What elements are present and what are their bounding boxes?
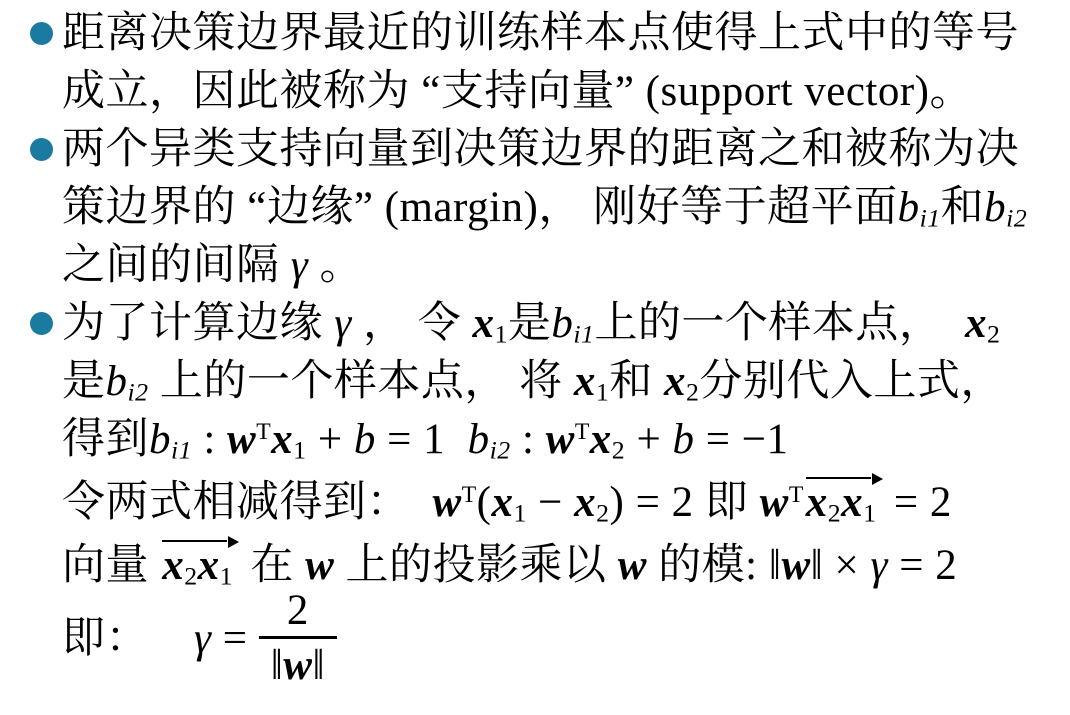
text-segment: 两个异类支持向量到决策边界的距离之和被称为决 — [62, 126, 1019, 173]
bullet-item: 为了计算边缘 γ ， 令 x1是bi1上的一个样本点， x2是bi2 上的一个样… — [0, 295, 1070, 690]
text-segment: 是 — [508, 300, 552, 347]
subscript: i2 — [1006, 204, 1027, 233]
math-variable: γ — [334, 300, 351, 347]
bullet-item: 两个异类支持向量到决策边界的距离之和被称为决策边界的 “边缘” (margin)… — [0, 121, 1070, 295]
math-bold-variable: w — [433, 479, 462, 526]
text-segment: 上的投影乘以 — [334, 542, 618, 589]
bullet-text: 距离决策边界最近的训练样本点使得上式中的等号成立，因此被称为 “支持向量” (s… — [62, 5, 1070, 121]
text-segment: 上的一个样本点， — [594, 300, 965, 347]
math-bold-variable: x — [491, 479, 513, 526]
subscript: 1 — [220, 562, 233, 591]
slide: 距离决策边界最近的训练样本点使得上式中的等号成立，因此被称为 “支持向量” (s… — [0, 0, 1070, 690]
text-line: 成立，因此被称为 “支持向量” (support vector)。 — [62, 63, 1070, 121]
subscript: 1 — [494, 320, 507, 349]
text-line: 为了计算边缘 γ ， 令 x1是bi1上的一个样本点， x2 — [62, 295, 1070, 353]
vector-overarrow: x2x1 — [804, 469, 883, 524]
text-segment: ‖ × — [811, 542, 871, 589]
math-variable: γ — [870, 542, 887, 589]
subscript: 2 — [612, 436, 625, 465]
math-bold-variable: x — [574, 479, 596, 526]
math-variable: b — [149, 416, 171, 463]
text-segment: = 2 — [888, 542, 957, 589]
bullet-icon — [30, 312, 53, 335]
superscript: T — [256, 419, 271, 445]
text-line: 之间的间隔 γ 。 — [62, 237, 1070, 295]
math-variable: b — [468, 416, 490, 463]
fraction-numerator: 2 — [259, 587, 337, 636]
math-variable: b — [354, 416, 376, 463]
text-segment: 距离决策边界最近的训练样本点使得上式中的等号 — [62, 10, 1019, 57]
text-segment: ) = 2 即 — [610, 479, 760, 526]
text-segment: 上的一个样本点， 将 — [149, 358, 574, 405]
math-bold-variable: w — [760, 479, 789, 526]
math-bold-variable: w — [305, 542, 334, 589]
bullet-item: 距离决策边界最近的训练样本点使得上式中的等号成立，因此被称为 “支持向量” (s… — [0, 5, 1070, 121]
text-segment: 为了计算边缘 — [62, 300, 334, 347]
text-segment: 成立，因此被称为 “支持向量” (support vector)。 — [62, 68, 973, 115]
math-bold-variable: w — [546, 416, 575, 463]
text-segment: 是 — [62, 358, 106, 405]
text-segment: 向量 — [62, 542, 160, 589]
text-line: 令两式相减得到： wT(x1 − x2) = 2 即 wTx2x1 = 2 — [62, 469, 1070, 532]
subscript: 1 — [863, 499, 876, 528]
text-segment: = 1 — [376, 416, 468, 463]
text-segment: 和 — [609, 358, 664, 405]
subscript: 1 — [513, 499, 526, 528]
math-bold-variable: w — [618, 542, 647, 589]
math-variable: b — [106, 358, 128, 405]
text-segment: ‖ — [271, 642, 284, 689]
text-segment: = 2 — [883, 479, 952, 526]
text-segment: 和 — [941, 184, 985, 231]
math-bold-variable: x — [271, 416, 293, 463]
math-bold-variable: x — [664, 358, 686, 405]
text-segment: 在 — [239, 542, 305, 589]
bullet-icon — [30, 138, 53, 161]
math-variable: γ — [194, 615, 211, 662]
math-bold-variable: x — [590, 416, 612, 463]
math-bold-variable: x — [472, 300, 494, 347]
text-segment: ， 令 — [352, 300, 473, 347]
subscript: i1 — [573, 320, 594, 349]
subscript: 2 — [184, 562, 197, 591]
text-line: 是bi2 上的一个样本点， 将 x1和 x2分别代入上式， — [62, 353, 1070, 411]
math-bold-variable: x — [198, 542, 220, 589]
fraction-denominator: ‖w‖ — [259, 636, 337, 689]
text-line: 距离决策边界最近的训练样本点使得上式中的等号 — [62, 5, 1070, 63]
text-segment: 策边界的 “边缘” (margin)， 刚好等于超平面 — [62, 184, 898, 231]
text-segment: : — [511, 416, 546, 463]
subscript: 2 — [686, 378, 699, 407]
text-segment: = −1 — [694, 416, 788, 463]
text-line: 得到bi1 : wTx1 + b = 1 bi2 : wTx2 + b = −1 — [62, 411, 1070, 469]
text-segment: 即： — [62, 615, 194, 662]
math-bold-variable: x — [965, 300, 987, 347]
text-segment: 的模: ‖ — [647, 542, 782, 589]
math-bold-variable: w — [283, 642, 312, 689]
bullet-text: 两个异类支持向量到决策边界的距离之和被称为决策边界的 “边缘” (margin)… — [62, 121, 1070, 295]
text-segment: 令两式相减得到： — [62, 479, 433, 526]
subscript: i2 — [490, 436, 511, 465]
fraction: 2‖w‖ — [259, 587, 337, 690]
bullet-icon — [30, 22, 53, 45]
text-segment: ‖ — [312, 642, 325, 689]
text-segment: : — [192, 416, 227, 463]
text-segment: − — [527, 479, 574, 526]
text-segment: 2 — [287, 587, 309, 634]
text-line: 即： γ = 2‖w‖ — [62, 595, 1070, 690]
math-bold-variable: x — [806, 479, 828, 526]
superscript: T — [575, 419, 590, 445]
subscript: 1 — [293, 436, 306, 465]
math-variable: b — [984, 184, 1006, 231]
subscript: i1 — [920, 204, 941, 233]
text-segment: 。 — [308, 242, 363, 289]
math-bold-variable: x — [574, 358, 596, 405]
text-line: 策边界的 “边缘” (margin)， 刚好等于超平面bi1和bi2 — [62, 179, 1070, 237]
math-variable: b — [898, 184, 920, 231]
subscript: 2 — [596, 499, 609, 528]
math-bold-variable: x — [841, 479, 863, 526]
vector-overarrow: x2x1 — [160, 532, 239, 587]
text-segment: 分别代入上式， — [699, 358, 1004, 405]
math-variable: b — [551, 300, 573, 347]
text-line: 向量 x2x1 在 w 上的投影乘以 w 的模: ‖w‖ × γ = 2 — [62, 532, 1070, 595]
math-bold-variable: x — [162, 542, 184, 589]
subscript: 2 — [987, 320, 1000, 349]
subscript: i1 — [171, 436, 192, 465]
text-segment: + — [307, 416, 354, 463]
math-bold-variable: w — [227, 416, 256, 463]
text-segment: 之间的间隔 — [62, 242, 291, 289]
text-segment: 得到 — [62, 416, 149, 463]
subscript: 1 — [596, 378, 609, 407]
math-variable: γ — [291, 242, 308, 289]
text-line: 两个异类支持向量到决策边界的距离之和被称为决 — [62, 121, 1070, 179]
text-segment: + — [625, 416, 672, 463]
math-bold-variable: w — [781, 542, 810, 589]
text-segment: = — [211, 615, 258, 662]
superscript: T — [789, 482, 804, 508]
subscript: i2 — [128, 378, 149, 407]
text-segment: ( — [477, 479, 492, 526]
bullet-text: 为了计算边缘 γ ， 令 x1是bi1上的一个样本点， x2是bi2 上的一个样… — [62, 295, 1070, 690]
superscript: T — [462, 482, 477, 508]
subscript: 2 — [828, 499, 841, 528]
math-variable: b — [672, 416, 694, 463]
